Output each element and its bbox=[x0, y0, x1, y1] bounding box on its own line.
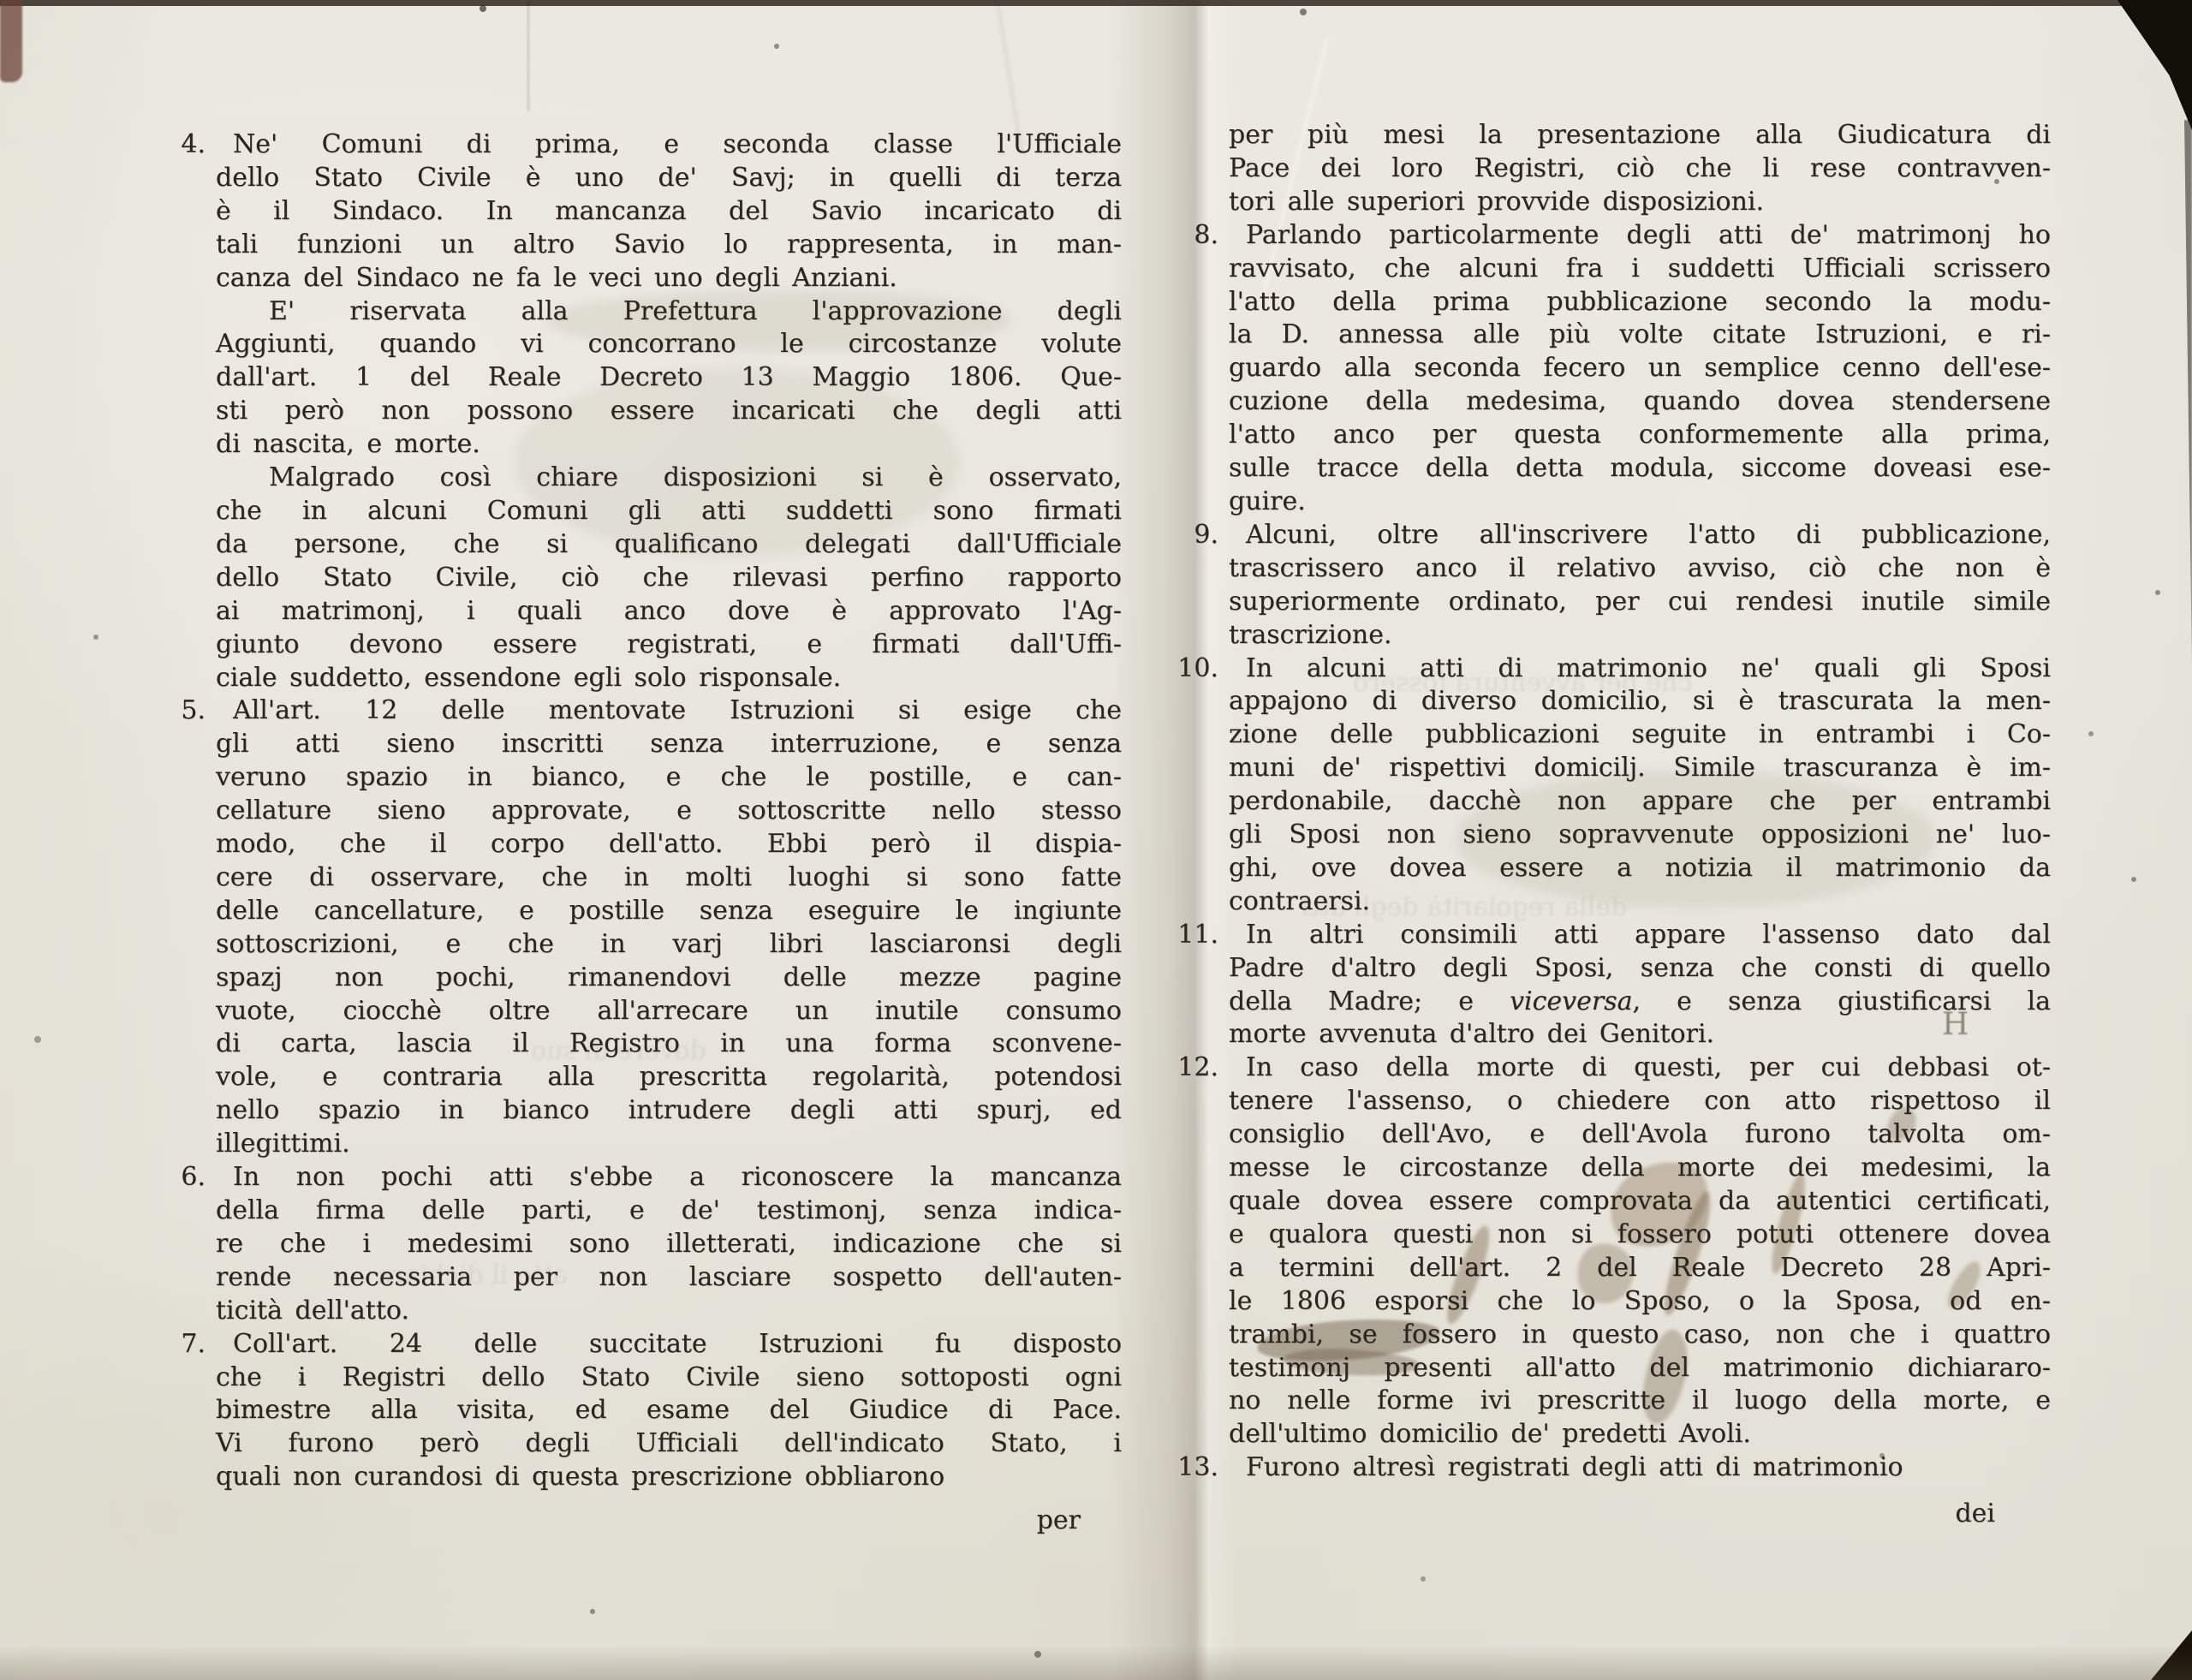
text-line: gli Sposi non sieno sopravvenute opposiz… bbox=[1229, 819, 2051, 852]
text-line: dell'ultimo domicilio de' predetti Avoli… bbox=[1229, 1418, 2051, 1451]
text-line: della firma delle parti, e de' testimonj… bbox=[216, 1194, 1122, 1228]
paragraph: Malgrado così chiare disposizioni si è o… bbox=[216, 462, 1122, 694]
text-line: 6.In non pochi atti s'ebbe a riconoscere… bbox=[216, 1161, 1122, 1194]
text-line: che i Registri dello Stato Civile sieno … bbox=[216, 1361, 1122, 1395]
item-number: 7. bbox=[181, 1328, 205, 1361]
text-line: Vi furono però degli Ufficiali dell'indi… bbox=[216, 1427, 1122, 1461]
numbered-item: 10.In alcuni atti di matrimonio ne' qual… bbox=[1229, 652, 2051, 919]
text-line: per più mesi la presentazione alla Giudi… bbox=[1229, 119, 2051, 152]
book-spread-photo: che per avventura fossero della regolari… bbox=[0, 0, 2192, 1680]
text-line: della Madre; e viceversa, e senza giusti… bbox=[1229, 986, 2051, 1019]
text-line: testimonj presenti all'atto del matrimon… bbox=[1229, 1352, 2051, 1385]
item-number: 5. bbox=[181, 694, 205, 728]
text-line: sulle tracce della detta modula, siccome… bbox=[1229, 452, 2051, 486]
item-number: 6. bbox=[181, 1161, 205, 1194]
numbered-item: 12.In caso della morte di questi, per cu… bbox=[1229, 1051, 2051, 1451]
item-number: 8. bbox=[1194, 219, 1218, 253]
text-line: canza del Sindaco ne fa le veci uno degl… bbox=[216, 262, 1122, 295]
text-line: vuote, ciocchè oltre all'arrecare un inu… bbox=[216, 995, 1122, 1028]
numbered-item: 9.Alcuni, oltre all'inscrivere l'atto di… bbox=[1229, 519, 2051, 652]
text-line: 9.Alcuni, oltre all'inscrivere l'atto di… bbox=[1229, 519, 2051, 552]
text-line: dello Stato Civile è uno de' Savj; in qu… bbox=[216, 162, 1122, 195]
text-line: modo, che il corpo dell'atto. Ebbi però … bbox=[216, 828, 1122, 861]
text-line: E' riservata alla Prefettura l'approvazi… bbox=[216, 295, 1122, 329]
text-line: quali non curandosi di questa prescrizio… bbox=[216, 1461, 1122, 1494]
text-line: la D. annessa alle più volte citate Istr… bbox=[1229, 319, 2051, 352]
item-number: 12. bbox=[1177, 1051, 1218, 1085]
text-line: l'atto della prima pubblicazione secondo… bbox=[1229, 286, 2051, 319]
text-line: Aggiunti, quando vi concorrano le circos… bbox=[216, 328, 1122, 361]
paragraph: per più mesi la presentazione alla Giudi… bbox=[1229, 119, 2051, 219]
catchword-right: dei bbox=[1856, 1498, 1995, 1528]
text-line: appajono di diverso domicilio, si è tras… bbox=[1229, 685, 2051, 718]
text-line: superiormente ordinato, per cui rendesi … bbox=[1229, 586, 2051, 619]
photo-edge-top bbox=[0, 0, 2192, 6]
text-line: Malgrado così chiare disposizioni si è o… bbox=[216, 462, 1122, 495]
numbered-item: 13.Furono altresì registrati degli atti … bbox=[1229, 1451, 2051, 1485]
text-line: trascrizione. bbox=[1229, 619, 2051, 652]
text-line: tali funzioni un altro Savio lo rapprese… bbox=[216, 229, 1122, 262]
numbered-item: 8.Parlando particolarmente degli atti de… bbox=[1229, 219, 2051, 519]
text-line: 5.All'art. 12 delle mentovate Istruzioni… bbox=[216, 694, 1122, 728]
text-line: contraersi. bbox=[1229, 885, 2051, 919]
text-line: che in alcuni Comuni gli atti suddetti s… bbox=[216, 495, 1122, 528]
photo-corner-top-left bbox=[0, 0, 22, 82]
text-line: cere di osservare, che in molti luoghi s… bbox=[216, 861, 1122, 895]
text-line: 7.Coll'art. 24 delle succitate Istruzion… bbox=[216, 1328, 1122, 1361]
text-line: dello Stato Civile, ciò che rilevasi per… bbox=[216, 562, 1122, 595]
numbered-item: 4.Ne' Comuni di prima, e seconda classe … bbox=[216, 128, 1122, 295]
text-line: no nelle forme ivi prescritte il luogo d… bbox=[1229, 1385, 2051, 1418]
text-line: ravvisato, che alcuni fra i suddetti Uff… bbox=[1229, 253, 2051, 286]
text-line: 13.Furono altresì registrati degli atti … bbox=[1229, 1451, 2051, 1485]
numbered-item: 11.In altri consimili atti appare l'asse… bbox=[1229, 919, 2051, 1052]
text-line: cuzione della medesima, quando dovea ste… bbox=[1229, 385, 2051, 419]
paper-crease bbox=[527, 0, 529, 111]
left-page-text-column: 4.Ne' Comuni di prima, e seconda classe … bbox=[216, 128, 1122, 1494]
text-line: cellature sieno approvate, e sottoscritt… bbox=[216, 795, 1122, 828]
text-line: delle cancellature, e postille senza ese… bbox=[216, 895, 1122, 928]
text-line: Padre d'altro degli Sposi, senza che con… bbox=[1229, 952, 2051, 986]
text-line: dall'art. 1 del Reale Decreto 13 Maggio … bbox=[216, 361, 1122, 395]
text-line: sti però non possono essere incaricati c… bbox=[216, 395, 1122, 428]
right-page-text-column: per più mesi la presentazione alla Giudi… bbox=[1229, 119, 2051, 1485]
text-line: giunto devono essere registrati, e firma… bbox=[216, 629, 1122, 662]
paragraph: E' riservata alla Prefettura l'approvazi… bbox=[216, 295, 1122, 462]
text-line: trambi, se fossero in questo caso, non c… bbox=[1229, 1319, 2051, 1352]
text-line: illegittimi. bbox=[216, 1128, 1122, 1161]
text-line: è il Sindaco. In mancanza del Savio inca… bbox=[216, 195, 1122, 229]
text-line: ai matrimonj, i quali anco dove è approv… bbox=[216, 595, 1122, 629]
numbered-item: 5.All'art. 12 delle mentovate Istruzioni… bbox=[216, 694, 1122, 1161]
text-line: gli atti sieno inscritti senza interruzi… bbox=[216, 728, 1122, 761]
text-line: di nascita, e morte. bbox=[216, 428, 1122, 462]
text-line: sottoscrizioni, e che in varj libri lasc… bbox=[216, 928, 1122, 962]
numbered-item: 6.In non pochi atti s'ebbe a riconoscere… bbox=[216, 1161, 1122, 1328]
text-line: guardo alla seconda fecero un semplice c… bbox=[1229, 352, 2051, 385]
text-line: ciale suddetto, essendone egli solo risp… bbox=[216, 662, 1122, 695]
text-line: vole, e contraria alla prescritta regola… bbox=[216, 1061, 1122, 1094]
text-line: a termini dell'art. 2 del Reale Decreto … bbox=[1229, 1252, 2051, 1285]
item-number: 11. bbox=[1177, 919, 1218, 952]
text-line: messe le circostanze della morte dei med… bbox=[1229, 1152, 2051, 1185]
text-line: consiglio dell'Avo, e dell'Avola furono … bbox=[1229, 1118, 2051, 1152]
text-line: rende necessaria per non lasciare sospet… bbox=[216, 1261, 1122, 1295]
text-line: guire. bbox=[1229, 486, 2051, 519]
text-line: l'atto anco per questa conformemente all… bbox=[1229, 419, 2051, 452]
item-number: 9. bbox=[1194, 519, 1218, 552]
text-line: tenere l'assenso, o chiedere con atto ri… bbox=[1229, 1085, 2051, 1118]
item-number: 10. bbox=[1177, 652, 1218, 686]
text-line: re che i medesimi sono illetterati, indi… bbox=[216, 1228, 1122, 1261]
text-line: Pace dei loro Registri, ciò che li rese … bbox=[1229, 152, 2051, 186]
text-line: bimestre alla visita, ed esame del Giudi… bbox=[216, 1394, 1122, 1427]
text-line: 4.Ne' Comuni di prima, e seconda classe … bbox=[216, 128, 1122, 162]
text-line: ticità dell'atto. bbox=[216, 1295, 1122, 1328]
text-line: le 1806 esporsi che lo Sposo, o la Sposa… bbox=[1229, 1285, 2051, 1319]
text-line: nello spazio in bianco intrudere degli a… bbox=[216, 1094, 1122, 1128]
text-line: tori alle superiori provvide disposizion… bbox=[1229, 186, 2051, 219]
text-line: da persone, che si qualificano delegati … bbox=[216, 528, 1122, 562]
numbered-item: 7.Coll'art. 24 delle succitate Istruzion… bbox=[216, 1328, 1122, 1495]
photo-edge-bottom bbox=[0, 1646, 2192, 1680]
item-number: 4. bbox=[181, 128, 205, 162]
item-number: 13. bbox=[1177, 1451, 1218, 1485]
catchword-left: per bbox=[942, 1505, 1081, 1535]
text-line: zione delle pubblicazioni seguite in ent… bbox=[1229, 718, 2051, 752]
text-line: e qualora questi non si fossero potuti o… bbox=[1229, 1218, 2051, 1252]
text-line: di carta, lascia il Registro in una form… bbox=[216, 1028, 1122, 1061]
text-line: spazj non pochi, rimanendovi delle mezze… bbox=[216, 962, 1122, 995]
text-line: quale dovea essere comprovata da autenti… bbox=[1229, 1185, 2051, 1218]
text-line: 12.In caso della morte di questi, per cu… bbox=[1229, 1051, 2051, 1085]
text-line: 10.In alcuni atti di matrimonio ne' qual… bbox=[1229, 652, 2051, 686]
text-line: ghi, ove dovea essere a notizia il matri… bbox=[1229, 852, 2051, 885]
text-line: morte avvenuta d'altro dei Genitori. bbox=[1229, 1018, 2051, 1051]
text-line: veruno spazio in bianco, e che le postil… bbox=[216, 761, 1122, 795]
text-line: perdonabile, dacchè non appare che per e… bbox=[1229, 785, 2051, 819]
text-line: trascrissero anco il relativo avviso, ci… bbox=[1229, 552, 2051, 586]
text-line: 11.In altri consimili atti appare l'asse… bbox=[1229, 919, 2051, 952]
text-line: 8.Parlando particolarmente degli atti de… bbox=[1229, 219, 2051, 253]
text-line: muni de' rispettivi domicilj. Simile tra… bbox=[1229, 752, 2051, 785]
